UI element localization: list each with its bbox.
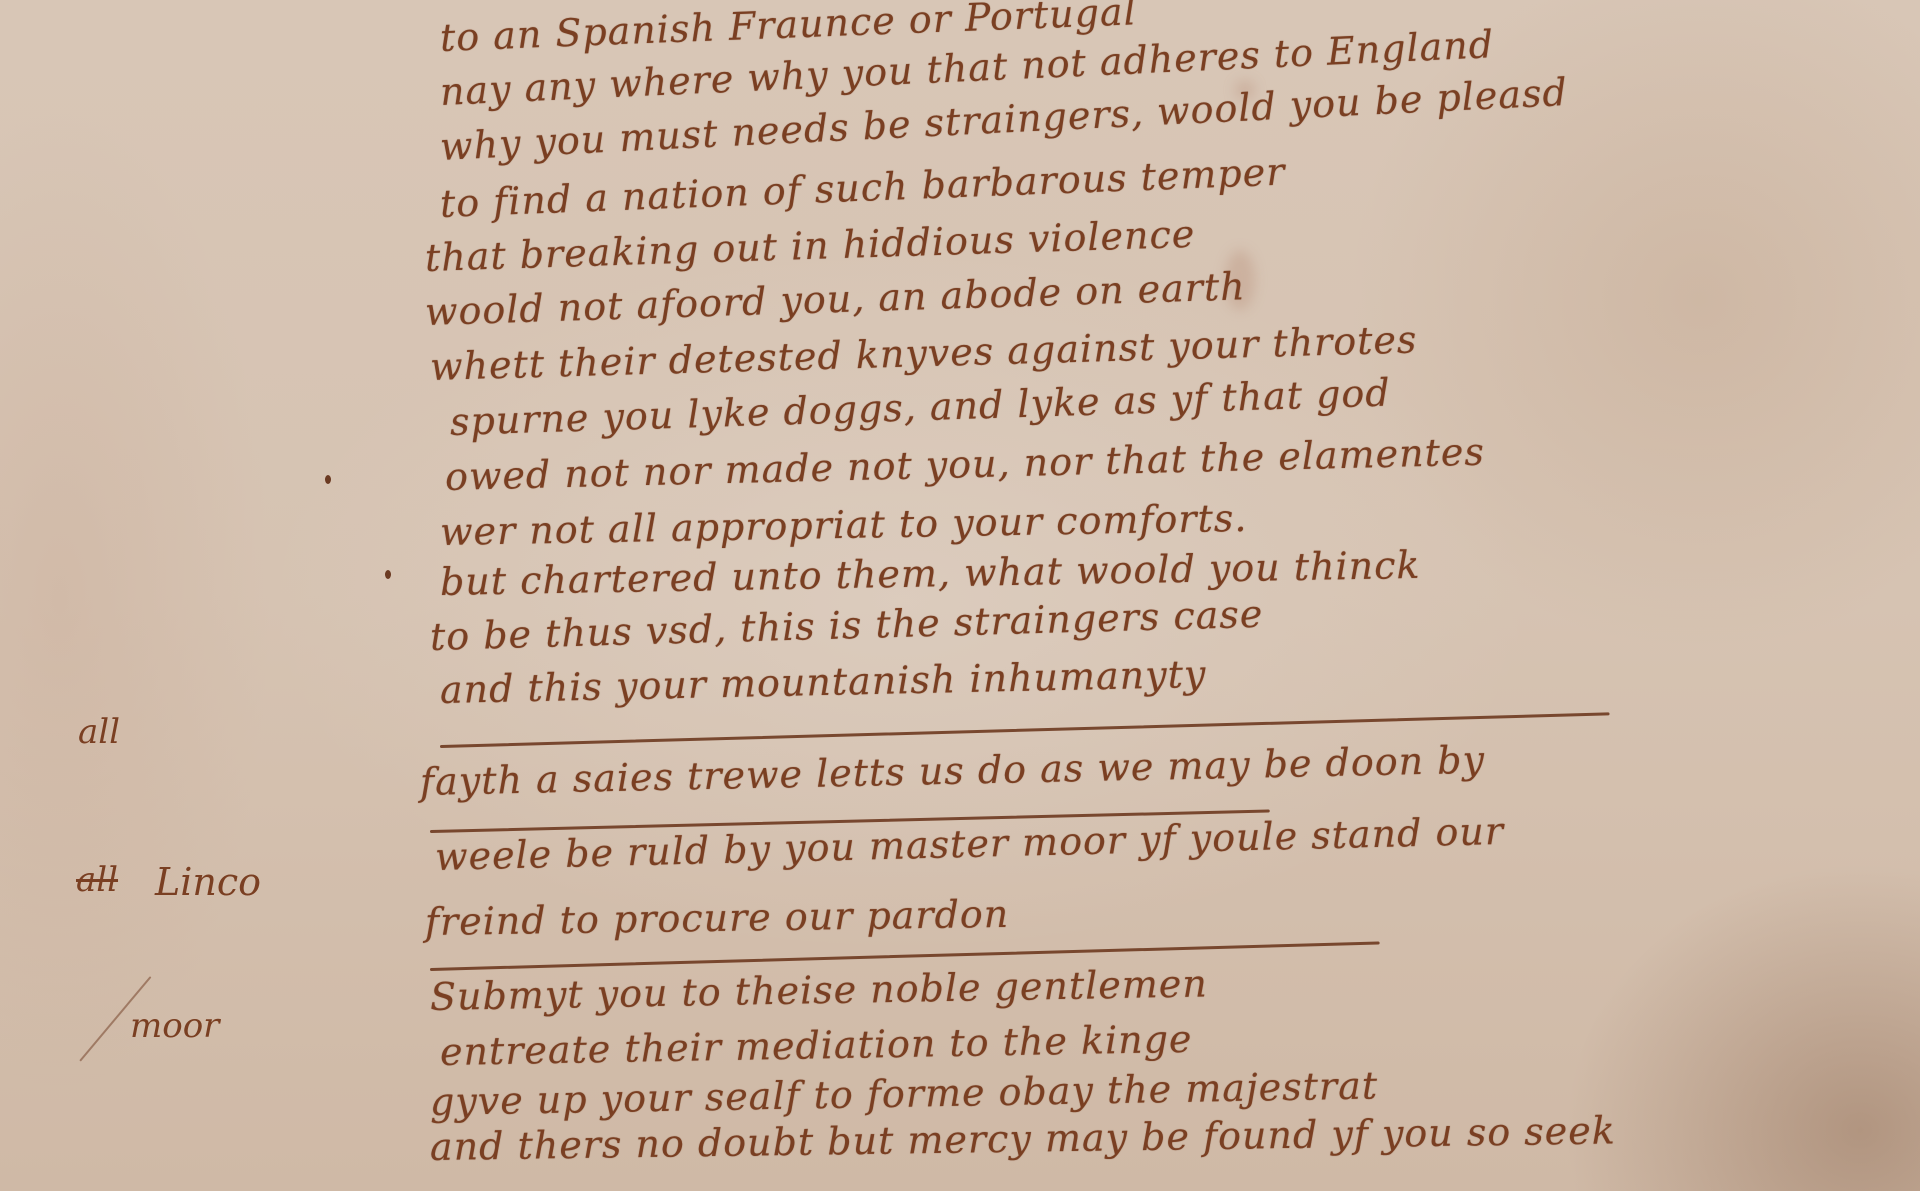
manuscript-line-14: fayth a saies trewe letts us do as we ma…: [420, 738, 1486, 804]
manuscript-line-18: entreate their mediation to the kinge: [440, 1017, 1193, 1074]
manuscript-line-13: and this your mountanish inhumanyty: [440, 652, 1207, 712]
speech-prefix-deleted: all: [76, 860, 118, 900]
speech-prefix-all: all: [78, 712, 120, 752]
ink-dot: [325, 475, 331, 484]
ink-dot: [385, 570, 391, 579]
manuscript-line-10: wer not all appropriat to your comforts.: [440, 496, 1248, 554]
manuscript-line-9: owed not nor made not you, nor that the …: [444, 430, 1485, 499]
manuscript-line-16: freind to procure our pardon: [425, 892, 1010, 944]
manuscript-page: to an Spanish Fraunce or Portugal nay an…: [0, 0, 1920, 1191]
manuscript-line-11: but chartered unto them, what woold you …: [440, 543, 1421, 604]
speech-prefix-lincoln: Linco: [155, 860, 261, 904]
speech-prefix-moore: moor: [130, 1006, 219, 1046]
manuscript-line-17: Submyt you to theise noble gentlemen: [430, 961, 1209, 1019]
